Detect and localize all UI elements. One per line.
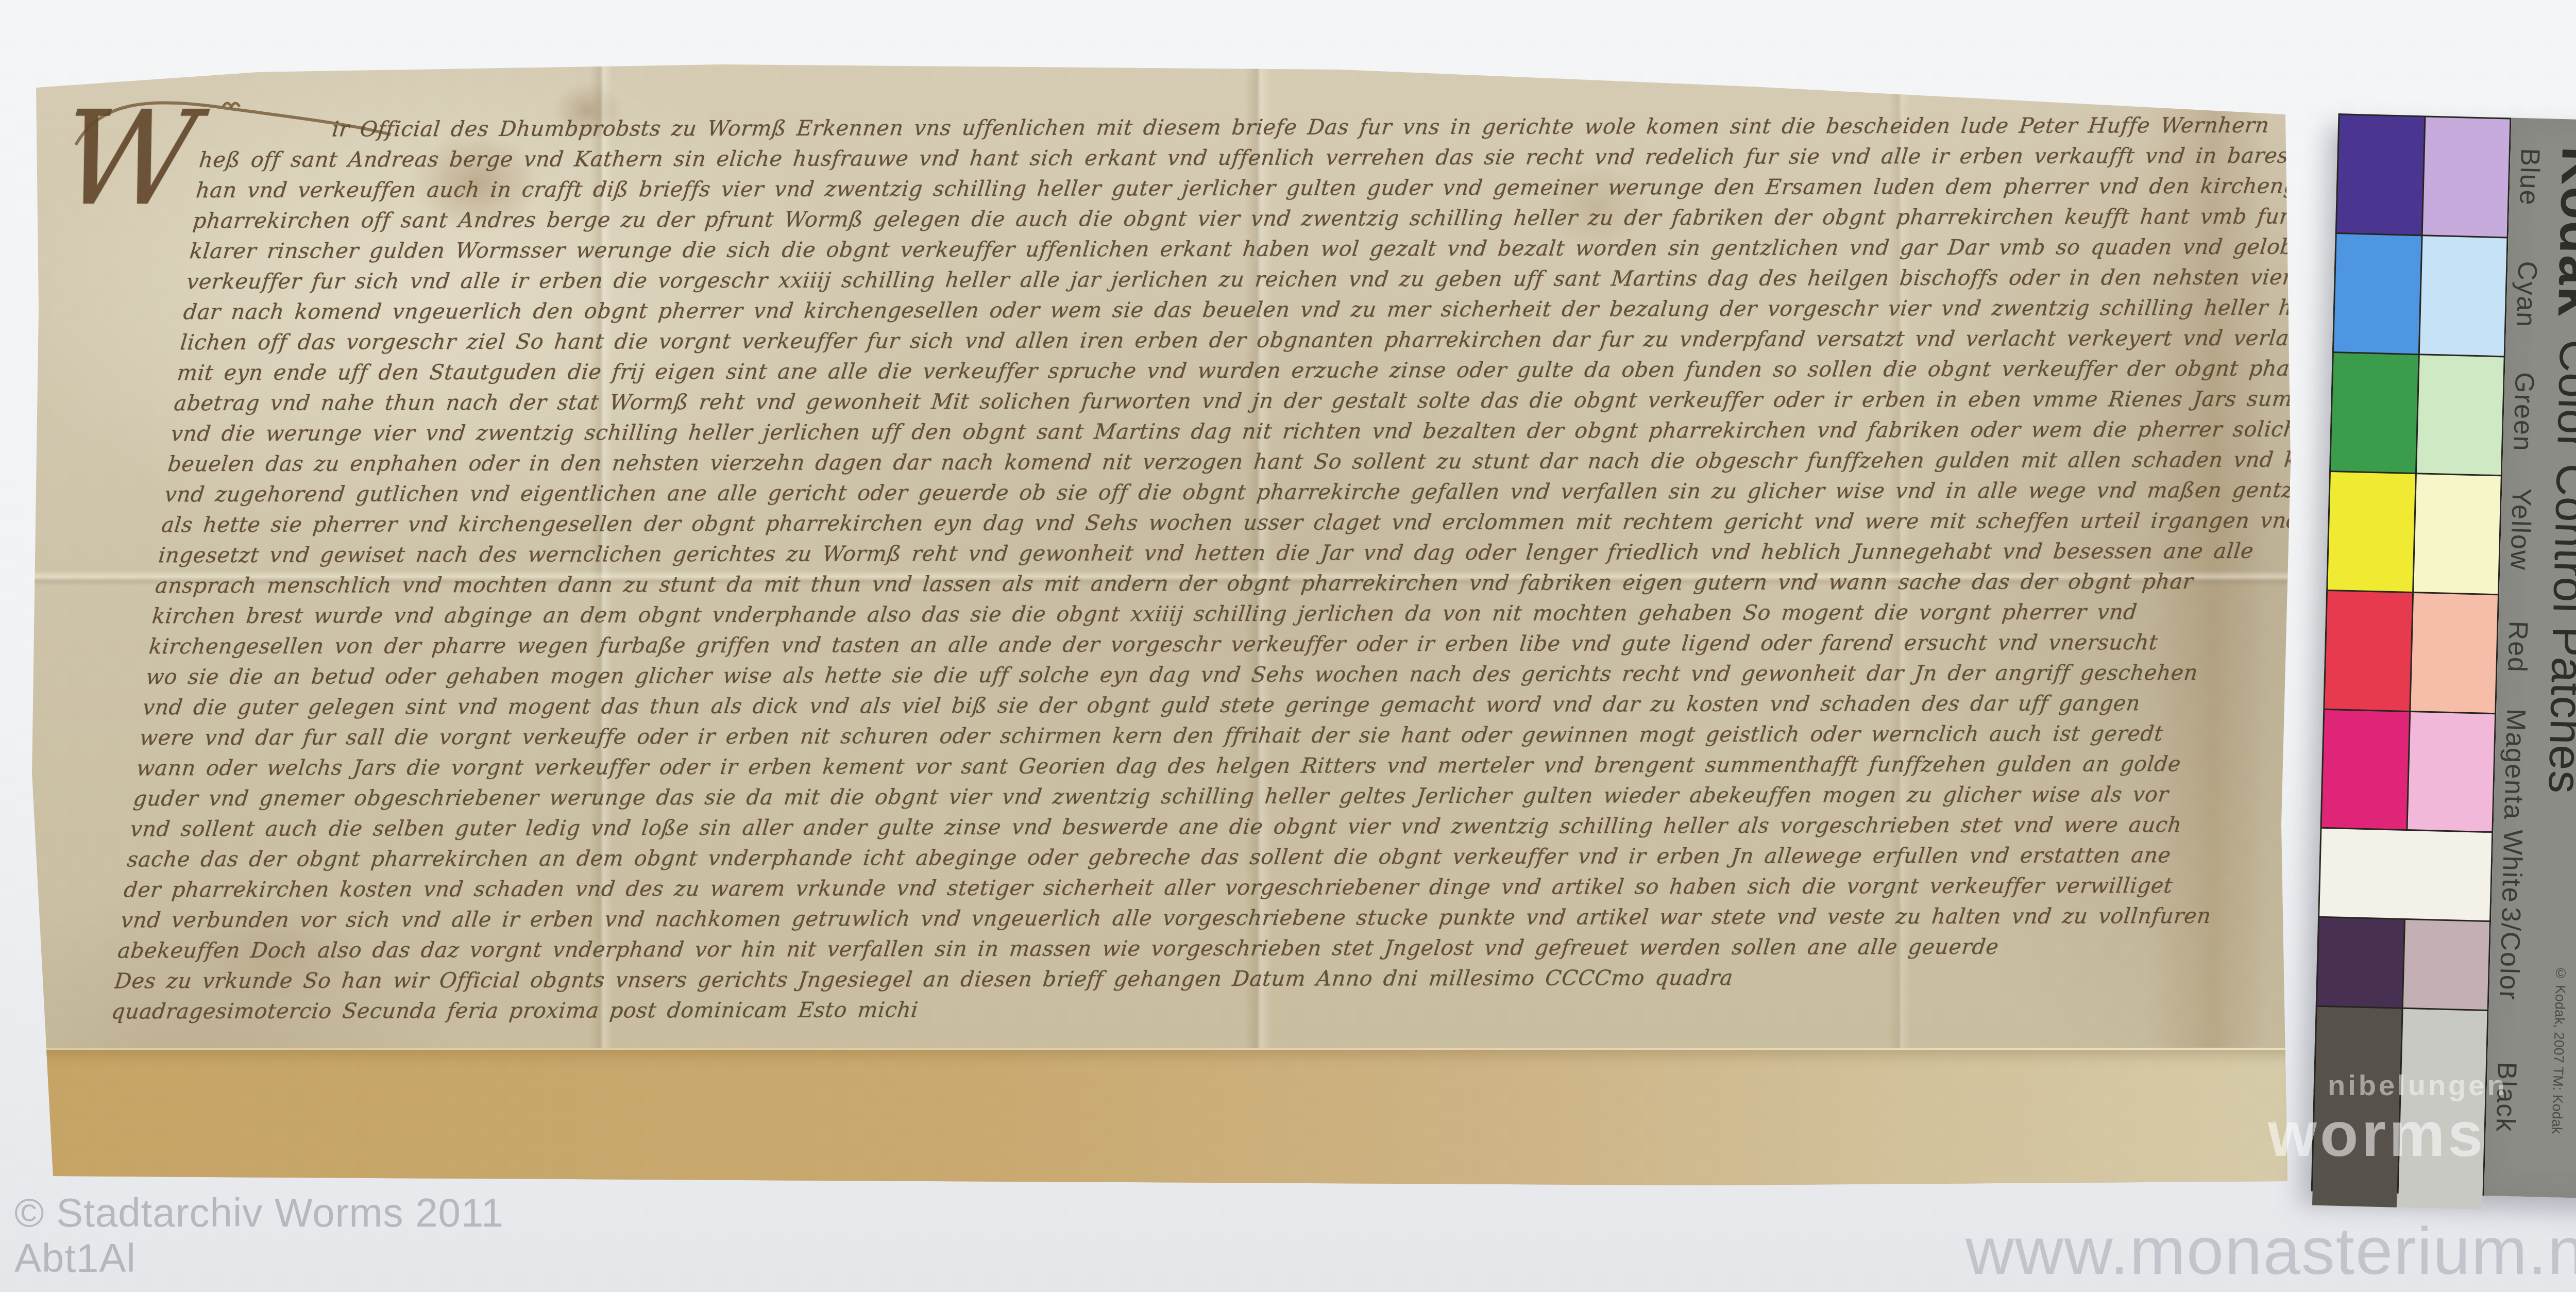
color-patch-row	[2331, 353, 2504, 475]
manuscript-line: guder vnd gnemer obgeschriebener werunge…	[132, 779, 2265, 814]
color-patch-tint	[2408, 712, 2495, 831]
manuscript-line: wann oder welchs Jars die vorgnt verkeuf…	[135, 749, 2268, 784]
patch-label: Yellow	[2504, 488, 2537, 571]
color-patch-tint	[2416, 355, 2503, 475]
color-patch-row	[2317, 918, 2489, 1010]
manuscript-line: heß off sant Andreas berge vnd Kathern s…	[198, 140, 2331, 175]
manuscript-line: vnd die werunge vier vnd zwentzig schill…	[170, 414, 2303, 449]
color-patch-row	[2325, 591, 2498, 713]
manuscript-line: lichen off das vorgeschr ziel So hant di…	[179, 323, 2312, 358]
color-patch-row	[2322, 710, 2495, 831]
manuscript-line: han vnd verkeuffen auch in crafft diß br…	[194, 171, 2328, 206]
color-patch-grid	[2311, 113, 2512, 1196]
color-patch-solid	[2322, 710, 2409, 829]
photo-stage: W ir Official des Dhumbprobsts zu Wormß …	[0, 0, 2576, 1292]
manuscript-line: quadragesimotercio Secunda feria proxima…	[110, 992, 2243, 1027]
manuscript-line: pharrekirchen off sant Andres berge zu d…	[191, 202, 2325, 237]
color-patch-tint	[2422, 117, 2510, 237]
kodak-color-strip: BlueCyanGreenYellowRedMagentaWhite3/Colo…	[2311, 113, 2576, 1200]
manuscript-line: ingesetzt vnd gewiset nach des wernclich…	[157, 536, 2291, 571]
manuscript-line: abetrag vnd nahe thun nach der stat Worm…	[173, 384, 2306, 419]
initial-letter-glyph: W	[56, 94, 203, 224]
manuscript-line: kirchen brest wurde vnd abginge an dem o…	[150, 597, 2284, 632]
color-patch-solid	[2337, 115, 2424, 234]
monasterium-watermark: www.monasterium.net	[1965, 1212, 2576, 1289]
logo-line-worms: worms	[2268, 1103, 2507, 1166]
color-patch-tint	[2403, 920, 2489, 1010]
manuscript-line: verkeuffer fur sich vnd alle ir erben di…	[185, 262, 2318, 297]
archive-copyright-watermark: © Stadtarchiv Worms 2011	[14, 1189, 504, 1236]
manuscript-line: mit eyn ende uff den Stautguden die frij…	[176, 354, 2309, 389]
color-patch-solid	[2317, 918, 2404, 1008]
manuscript-text: ir Official des Dhumbprobsts zu Wormß Er…	[108, 110, 2334, 1042]
logo-line-nibelungen: nibelungen	[2328, 1071, 2507, 1100]
patch-label: Cyan	[2510, 261, 2543, 328]
manuscript-line: vnd die guter gelegen sint vnd mogent da…	[141, 688, 2275, 723]
patch-label: 3/Color	[2493, 907, 2527, 1001]
manuscript-line: kirchengesellen von der pharre wegen fur…	[147, 627, 2281, 662]
color-patch-solid	[2334, 234, 2421, 354]
patch-label: Red	[2501, 620, 2534, 674]
manuscript-line: Des zu vrkunde So han wir Official obgnt…	[113, 962, 2246, 997]
color-patch-solid	[2331, 353, 2418, 473]
patch-label: Magenta	[2498, 708, 2531, 820]
manuscript-line: ansprach menschlich vnd mochten dann zu …	[154, 566, 2287, 601]
patch-label-column: BlueCyanGreenYellowRedMagentaWhite3/Colo…	[2511, 118, 2576, 122]
color-patch-tint	[2414, 474, 2501, 594]
manuscript-line: sache das der obgnt pharrekirchen an dem…	[126, 840, 2259, 875]
patch-label: Green	[2507, 372, 2540, 452]
nibelungen-worms-logo: nibelungen worms	[2268, 1071, 2507, 1166]
color-patch-row	[2328, 472, 2501, 594]
manuscript-line: vnd zugehorend gutlichen vnd eigentliche…	[163, 475, 2297, 510]
kodak-brand: Kodak	[2546, 146, 2576, 341]
archive-shelfmark-watermark: Abt1Al	[14, 1235, 136, 1282]
color-patch-solid	[2325, 591, 2412, 711]
color-patch-tint	[2411, 593, 2498, 713]
kodak-title-rest: Color Control Patches	[2539, 339, 2576, 795]
color-patch-row	[2319, 829, 2492, 920]
manuscript-line: der pharrekirchen kosten vnd schaden vnd…	[123, 870, 2256, 905]
color-patch-solid	[2328, 472, 2415, 592]
manuscript-line: were vnd dar fur sall die vorgnt verkeuf…	[138, 718, 2272, 753]
kodak-title: KodakColor Control Patches	[2533, 146, 2576, 795]
manuscript-line: dar nach komend vngeuerlich den obgnt ph…	[182, 293, 2315, 328]
color-patch-tint	[2419, 236, 2506, 356]
color-patch-solid	[2319, 829, 2492, 920]
manuscript-line: beuelen das zu enphahen oder in den nehs…	[166, 445, 2300, 480]
color-patch-row	[2337, 115, 2510, 237]
color-patch-row	[2334, 234, 2507, 356]
parchment-charter: W ir Official des Dhumbprobsts zu Wormß …	[23, 49, 2298, 1190]
manuscript-line: ir Official des Dhumbprobsts zu Wormß Er…	[201, 110, 2334, 145]
manuscript-line: als hette sie pherrer vnd kirchengeselle…	[160, 506, 2294, 541]
manuscript-line: vnd sollent auch die selben guter ledig …	[129, 810, 2262, 845]
kodak-copyright: © Kodak, 2007 TM: Kodak	[2549, 965, 2569, 1134]
manuscript-line: wo sie die an betud oder gehaben mogen g…	[144, 658, 2278, 693]
manuscript-line: vnd verbunden vor sich vnd alle ir erben…	[120, 901, 2253, 936]
manuscript-line: abekeuffen Doch also das daz vorgnt vnde…	[116, 931, 2250, 966]
patch-label: White	[2496, 829, 2529, 903]
patch-label: Blue	[2513, 148, 2546, 207]
manuscript-line: klarer rinscher gulden Wormsser werunge …	[188, 232, 2321, 267]
parchment-fold-plica	[23, 1048, 2298, 1190]
